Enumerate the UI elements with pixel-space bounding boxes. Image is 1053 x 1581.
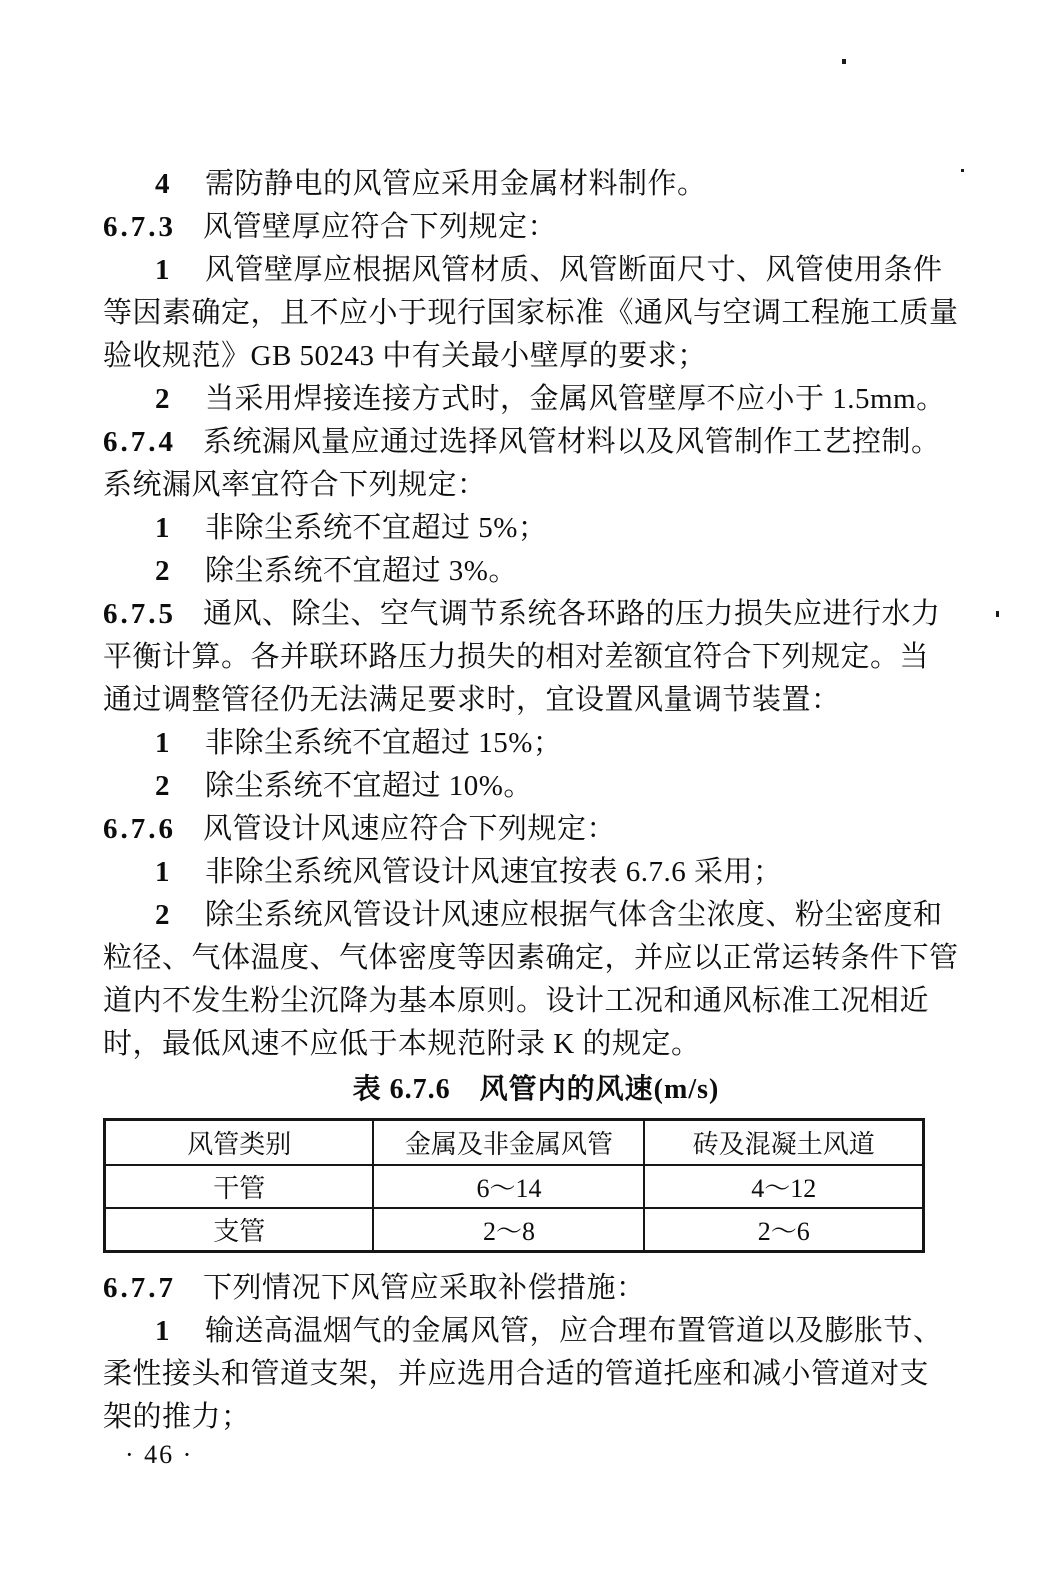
text-line: 系统漏风率宜符合下列规定：: [103, 464, 925, 507]
section-number: 6.7.6: [103, 808, 203, 851]
text-line: 4需防静电的风管应采用金属材料制作。: [103, 163, 925, 206]
text-line: 验收规范》GB 50243 中有关最小壁厚的要求；: [103, 335, 925, 378]
clause-text: 除尘系统不宜超过 3%。: [205, 555, 518, 587]
clause-item-number: 1: [155, 507, 205, 550]
clause-text: 需防静电的风管应采用金属材料制作。: [205, 168, 707, 200]
clause-text: 非除尘系统风管设计风速宜按表 6.7.6 采用；: [205, 856, 783, 888]
clause-item-number: 1: [155, 249, 205, 292]
scanned-document-page: { "content": { "blocks_before_table": [ …: [0, 0, 1053, 1581]
clause-text: 除尘系统风管设计风速应根据气体含尘浓度、粉尘密度和: [205, 899, 943, 931]
table-cell: 6～14: [373, 1165, 644, 1208]
text-line: 2除尘系统风管设计风速应根据气体含尘浓度、粉尘密度和: [103, 894, 925, 937]
page-number: · 46 ·: [103, 1433, 925, 1476]
clause-item-number: 2: [155, 894, 205, 937]
text-line: 6.7.6风管设计风速应符合下列规定：: [103, 808, 925, 851]
clause-text: 风管壁厚应符合下列规定：: [203, 211, 557, 243]
clause-item-number: 1: [155, 722, 205, 765]
scan-speck: [961, 169, 964, 172]
clause-text: 通风、除尘、空气调节系统各环路的压力损失应进行水力: [203, 598, 941, 630]
text-line: 1非除尘系统不宜超过 15%；: [103, 722, 925, 765]
clause-item-number: 2: [155, 550, 205, 593]
table-cell: 支管: [105, 1208, 374, 1252]
scan-speck: [842, 59, 846, 64]
text-line: 等因素确定，且不应小于现行国家标准《通风与空调工程施工质量: [103, 292, 925, 335]
text-line: 柔性接头和管道支架，并应选用合适的管道托座和减小管道对支: [103, 1353, 925, 1396]
table-header-cell: 砖及混凝土风道: [644, 1120, 923, 1166]
text-line: 1非除尘系统风管设计风速宜按表 6.7.6 采用；: [103, 851, 925, 894]
duct-air-speed-table: 风管类别金属及非金属风管砖及混凝土风道 干管6～144～12支管2～82～6: [103, 1118, 925, 1253]
clause-text: 系统漏风量应通过选择风管材料以及风管制作工艺控制。: [203, 426, 941, 458]
text-line: 1非除尘系统不宜超过 5%；: [103, 507, 925, 550]
text-line: 6.7.7下列情况下风管应采取补偿措施：: [103, 1267, 925, 1310]
table-row: 干管6～144～12: [105, 1165, 924, 1208]
text-line: 平衡计算。各并联环路压力损失的相对差额宜符合下列规定。当: [103, 636, 925, 679]
clause-item-number: 1: [155, 851, 205, 894]
scan-speck: [996, 611, 999, 617]
clause-text: 风管壁厚应根据风管材质、风管断面尺寸、风管使用条件: [205, 254, 943, 286]
table-cell: 4～12: [644, 1165, 923, 1208]
text-line: 2除尘系统不宜超过 10%。: [103, 765, 925, 808]
clause-text: 除尘系统不宜超过 10%。: [205, 770, 533, 802]
table-row: 支管2～82～6: [105, 1208, 924, 1252]
text-line: 2当采用焊接连接方式时，金属风管壁厚不应小于 1.5mm。: [103, 378, 925, 421]
text-column: 4需防静电的风管应采用金属材料制作。6.7.3风管壁厚应符合下列规定：1风管壁厚…: [103, 0, 925, 1476]
clause-item-number: 4: [155, 163, 205, 206]
table-body: 干管6～144～12支管2～82～6: [105, 1165, 924, 1252]
clause-item-number: 1: [155, 1310, 205, 1353]
text-line: 2除尘系统不宜超过 3%。: [103, 550, 925, 593]
clause-item-number: 2: [155, 765, 205, 808]
text-line: 粒径、气体温度、气体密度等因素确定，并应以正常运转条件下管: [103, 937, 925, 980]
table-header-row: 风管类别金属及非金属风管砖及混凝土风道: [105, 1120, 924, 1166]
clause-text: 输送高温烟气的金属风管，应合理布置管道以及膨胀节、: [205, 1315, 943, 1347]
table-cell: 2～6: [644, 1208, 923, 1252]
text-line: 6.7.3风管壁厚应符合下列规定：: [103, 206, 925, 249]
clause-text: 非除尘系统不宜超过 5%；: [205, 512, 547, 544]
table-cell: 2～8: [373, 1208, 644, 1252]
text-line: 1风管壁厚应根据风管材质、风管断面尺寸、风管使用条件: [103, 249, 925, 292]
clause-item-number: 2: [155, 378, 205, 421]
text-line: 6.7.4系统漏风量应通过选择风管材料以及风管制作工艺控制。: [103, 421, 925, 464]
text-line: 6.7.5通风、除尘、空气调节系统各环路的压力损失应进行水力: [103, 593, 925, 636]
table-header-cell: 风管类别: [105, 1120, 374, 1166]
clause-text: 下列情况下风管应采取补偿措施：: [203, 1272, 646, 1304]
clauses-after-table: 6.7.7下列情况下风管应采取补偿措施：1输送高温烟气的金属风管，应合理布置管道…: [103, 1267, 925, 1439]
text-line: 时，最低风速不应低于本规范附录 K 的规定。: [103, 1023, 925, 1066]
section-number: 6.7.7: [103, 1267, 203, 1310]
clause-text: 风管设计风速应符合下列规定：: [203, 813, 616, 845]
table-title: 表 6.7.6 风管内的风速(m/s): [125, 1068, 947, 1112]
section-number: 6.7.3: [103, 206, 203, 249]
table-header-cell: 金属及非金属风管: [373, 1120, 644, 1166]
section-number: 6.7.4: [103, 421, 203, 464]
text-line: 通过调整管径仍无法满足要求时，宜设置风量调节装置：: [103, 679, 925, 722]
text-line: 道内不发生粉尘沉降为基本原则。设计工况和通风标准工况相近: [103, 980, 925, 1023]
section-number: 6.7.5: [103, 593, 203, 636]
clause-text: 当采用焊接连接方式时，金属风管壁厚不应小于 1.5mm。: [205, 383, 946, 415]
text-line: 1输送高温烟气的金属风管，应合理布置管道以及膨胀节、: [103, 1310, 925, 1353]
table-cell: 干管: [105, 1165, 374, 1208]
clauses-before-table: 4需防静电的风管应采用金属材料制作。6.7.3风管壁厚应符合下列规定：1风管壁厚…: [103, 163, 925, 1066]
clause-text: 非除尘系统不宜超过 15%；: [205, 727, 562, 759]
